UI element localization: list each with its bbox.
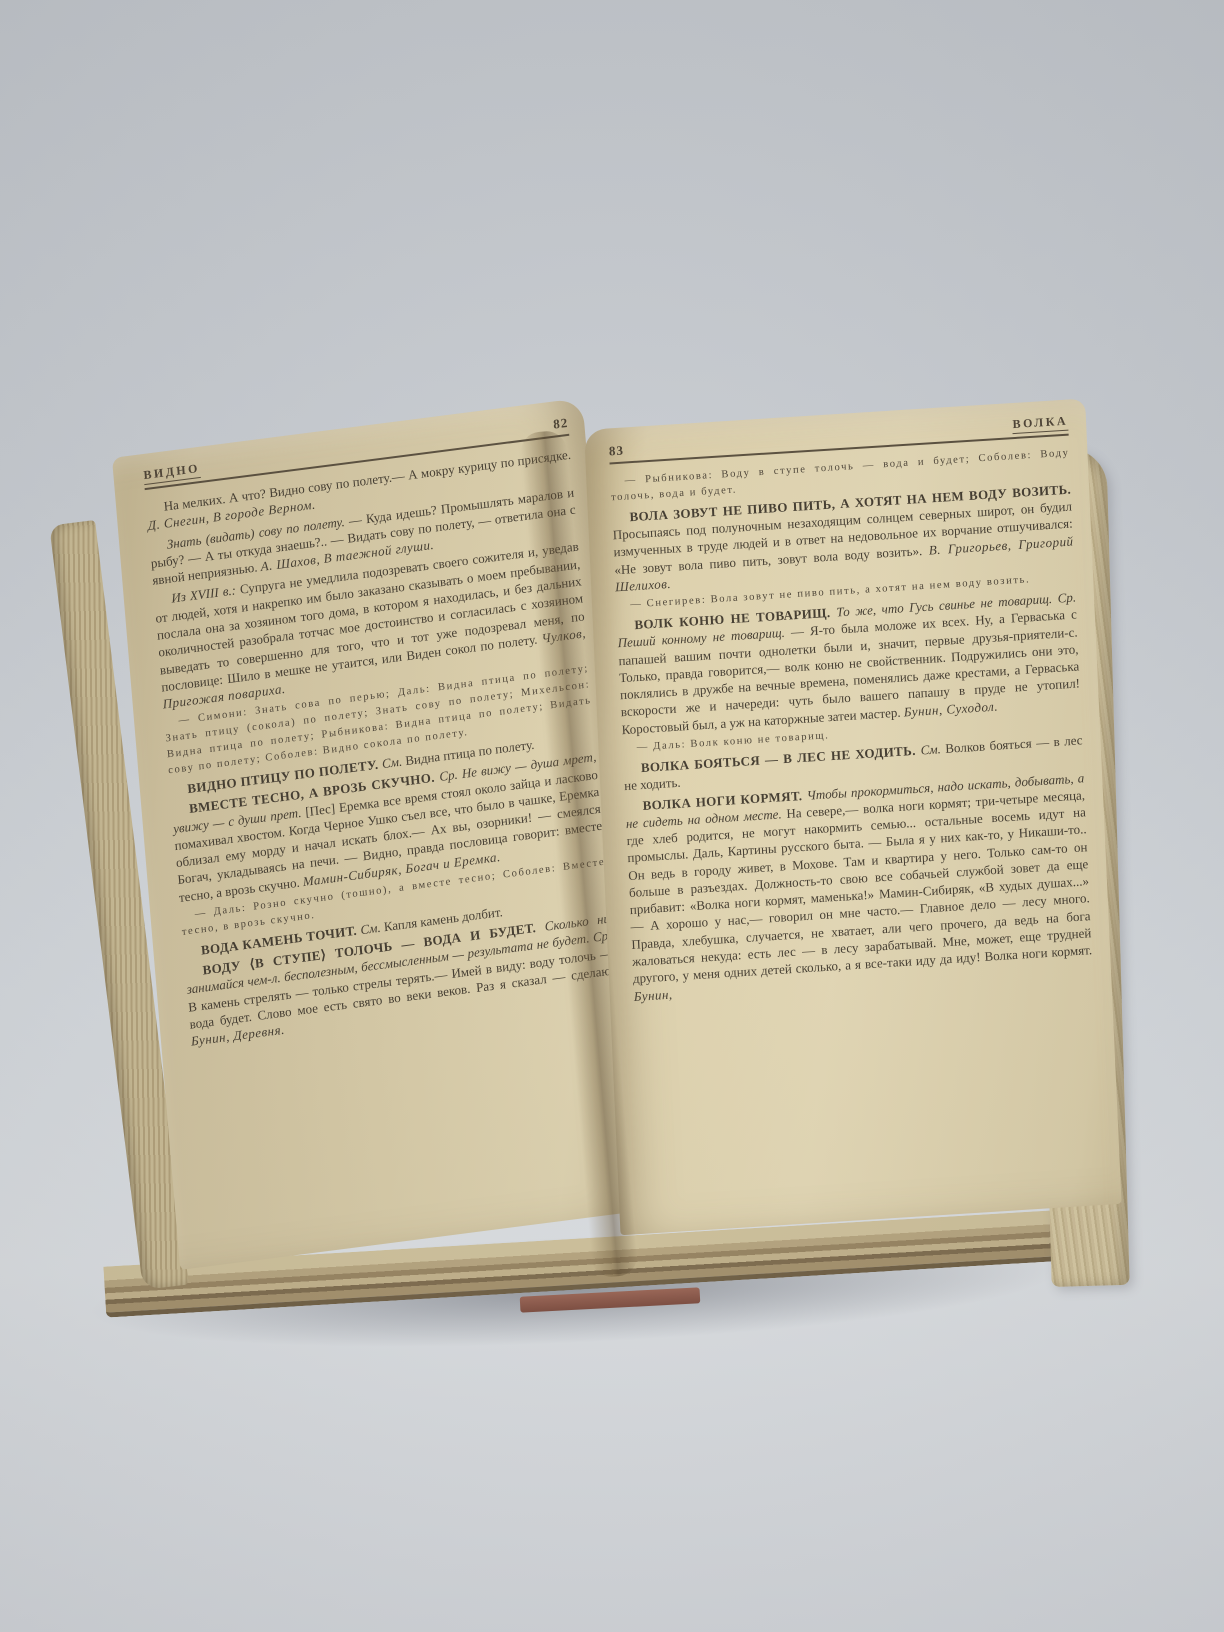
entry-paragraph: ВОЛКА НОГИ КОРМЯТ. Чтобы прокормиться, н… — [625, 769, 1094, 1005]
page-number-left: 82 — [553, 415, 569, 433]
running-head-left: ВИДНО — [143, 461, 201, 485]
running-head-right: ВОЛКА — [1012, 414, 1068, 434]
source: Бунин, Суходол. — [903, 698, 998, 719]
right-page: 83 ВОЛКА — Рыбникова: Воду в ступе толоч… — [584, 398, 1122, 1235]
book-photo-scene: ВИДНО 82 На мелких. А что? Видно сову по… — [0, 0, 1224, 1632]
page-number-right: 83 — [609, 443, 625, 460]
source: Бунин, — [633, 986, 673, 1003]
cross-reference: См. — [920, 741, 945, 758]
cross-reference: См. — [360, 919, 385, 937]
cross-reference: См. — [381, 753, 406, 771]
open-book: ВИДНО 82 На мелких. А что? Видно сову по… — [0, 0, 1224, 1632]
